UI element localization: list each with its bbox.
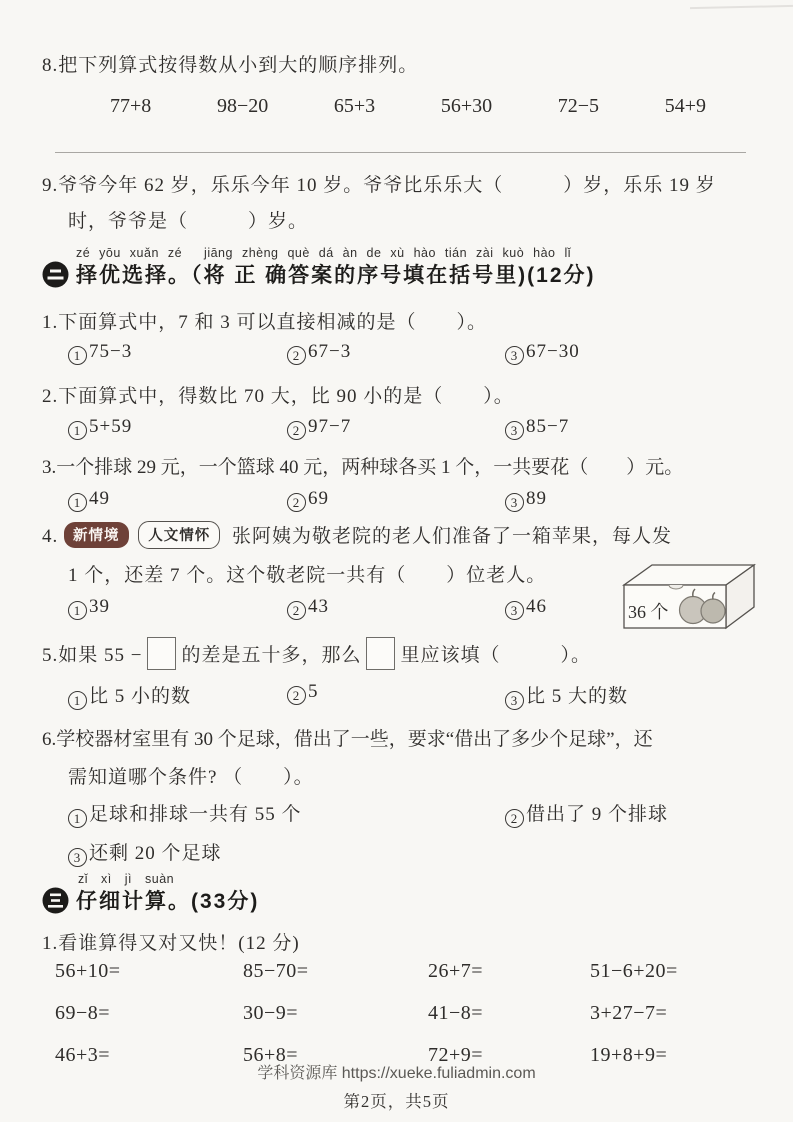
circled-number: 2: [287, 421, 306, 440]
option: 2借出了 9 个排球: [505, 799, 668, 828]
option: 3还剩 20 个足球: [68, 838, 222, 867]
question-9-line2: 时，爷爷是（ ）岁。: [68, 206, 308, 233]
apple-box-label: 36 个: [628, 602, 669, 622]
circled-number: 3: [68, 848, 87, 867]
expression: 56+30: [441, 95, 492, 118]
expression: 54+9: [665, 95, 706, 118]
circled-number: 2: [287, 601, 306, 620]
options-row: 149 269 389: [0, 488, 793, 516]
scan-artifact-line: [690, 5, 793, 9]
circled-number: 2: [287, 686, 306, 705]
question-number: 4.: [42, 526, 58, 547]
footer-page-indicator: 第2页，共5页: [0, 1088, 793, 1112]
question-stem: 3.一个排球 29 元，一个篮球 40 元，两种球各买 1 个，一共要花（ ）元…: [42, 452, 683, 479]
blank-box: [147, 637, 176, 670]
calc-problem: 41−8=: [428, 1002, 590, 1044]
calc-problem: 69−8=: [55, 1002, 243, 1044]
options-row: 1比 5 小的数 25 3比 5 大的数: [0, 681, 793, 709]
option: 15+59: [68, 416, 132, 440]
section-2-header: 择优选择。（将 正 确答案的序号填在括号里)(12分): [42, 259, 596, 289]
options-row: 15+59 297−7 385−7: [0, 416, 793, 444]
circled-number: 2: [287, 493, 306, 512]
circled-number: 3: [505, 601, 524, 620]
badge-humanistic: 人文情怀: [138, 521, 220, 549]
calc-problem: 56+10=: [55, 960, 243, 1002]
apple-box-illustration: 36 个: [614, 557, 758, 636]
option: 139: [68, 596, 110, 620]
calc-problem: 30−9=: [243, 1002, 428, 1044]
question-6-stem-line2: 需知道哪个条件? （ ）。: [68, 762, 314, 789]
expression: 77+8: [110, 95, 151, 118]
option: 3比 5 大的数: [505, 681, 628, 710]
options-row: 3还剩 20 个足球: [0, 838, 793, 866]
option: 1足球和排球一共有 55 个: [68, 799, 302, 828]
question-6-stem-line1: 6.学校器材室里有 30 个足球，借出了一些，要求“借出了多少个足球”，还: [42, 724, 653, 751]
option: 385−7: [505, 416, 569, 440]
question-4-stem-line2: 1 个，还差 7 个。这个敬老院一共有（ ）位老人。: [68, 560, 546, 587]
question-8-stem: 8.把下列算式按得数从小到大的顺序排列。: [42, 50, 418, 77]
option: 175−3: [68, 341, 132, 365]
blank-box: [366, 637, 395, 670]
calc-problem: 26+7=: [428, 960, 590, 1002]
section-3-marker-icon: [42, 887, 69, 914]
options-row: 175−3 267−3 367−30: [0, 341, 793, 369]
section-3-title: 仔细计算。(33分): [76, 885, 259, 915]
section-2-marker-icon: [42, 261, 69, 288]
circled-number: 1: [68, 493, 87, 512]
calc-problem: 85−70=: [243, 960, 428, 1002]
expression: 98−20: [217, 95, 268, 118]
option: 1比 5 小的数: [68, 681, 191, 710]
option: 367−30: [505, 341, 580, 365]
option: 297−7: [287, 416, 351, 440]
section-3-header: 仔细计算。(33分): [42, 885, 259, 915]
circled-number: 3: [505, 691, 524, 710]
circled-number: 1: [68, 421, 87, 440]
question-8-expressions: 77+8 98−20 65+3 56+30 72−5 54+9: [110, 95, 706, 118]
section-2-title: 择优选择。（将 正 确答案的序号填在括号里)(12分): [76, 259, 596, 289]
option: 243: [287, 596, 329, 620]
circled-number: 2: [505, 809, 524, 828]
circled-number: 1: [68, 601, 87, 620]
badge-new-context: 新情境: [64, 522, 129, 548]
circled-number: 3: [505, 421, 524, 440]
question-stem: 2.下面算式中，得数比 70 大，比 90 小的是（ ）。: [42, 381, 514, 408]
option: 267−3: [287, 341, 351, 365]
circled-number: 1: [68, 809, 87, 828]
circled-number: 2: [287, 346, 306, 365]
question-5-stem: 5.如果 55 −的差是五十多，那么里应该填（ ）。: [42, 637, 591, 670]
circled-number: 3: [505, 346, 524, 365]
circled-number: 1: [68, 691, 87, 710]
options-row: 1足球和排球一共有 55 个 2借出了 9 个排球: [0, 799, 793, 827]
footer-site-link[interactable]: 学科资源库 https://xueke.fuliadmin.com: [0, 1060, 793, 1083]
answer-line: [55, 152, 746, 153]
option: 389: [505, 488, 547, 512]
question-9-line1: 9.爷爷今年 62 岁，乐乐今年 10 岁。爷爷比乐乐大（ ）岁，乐乐 19 岁: [42, 170, 716, 197]
calc-sub-title: 1.看谁算得又对又快！(12 分): [42, 928, 300, 955]
option: 346: [505, 596, 547, 620]
worksheet-page: 8.把下列算式按得数从小到大的顺序排列。 77+8 98−20 65+3 56+…: [0, 0, 793, 1122]
circled-number: 1: [68, 346, 87, 365]
question-4-stem-line1: 4. 新情境 人文情怀 张阿姨为敬老院的老人们准备了一箱苹果，每人发: [42, 521, 672, 549]
expression: 72−5: [558, 95, 599, 118]
option: 25: [287, 681, 319, 705]
calc-problem: 51−6+20=: [590, 960, 755, 1002]
expression: 65+3: [334, 95, 375, 118]
circled-number: 3: [505, 493, 524, 512]
question-stem: 1.下面算式中，7 和 3 可以直接相减的是（ ）。: [42, 307, 487, 334]
calc-problem: 3+27−7=: [590, 1002, 755, 1044]
option: 149: [68, 488, 110, 512]
option: 269: [287, 488, 329, 512]
